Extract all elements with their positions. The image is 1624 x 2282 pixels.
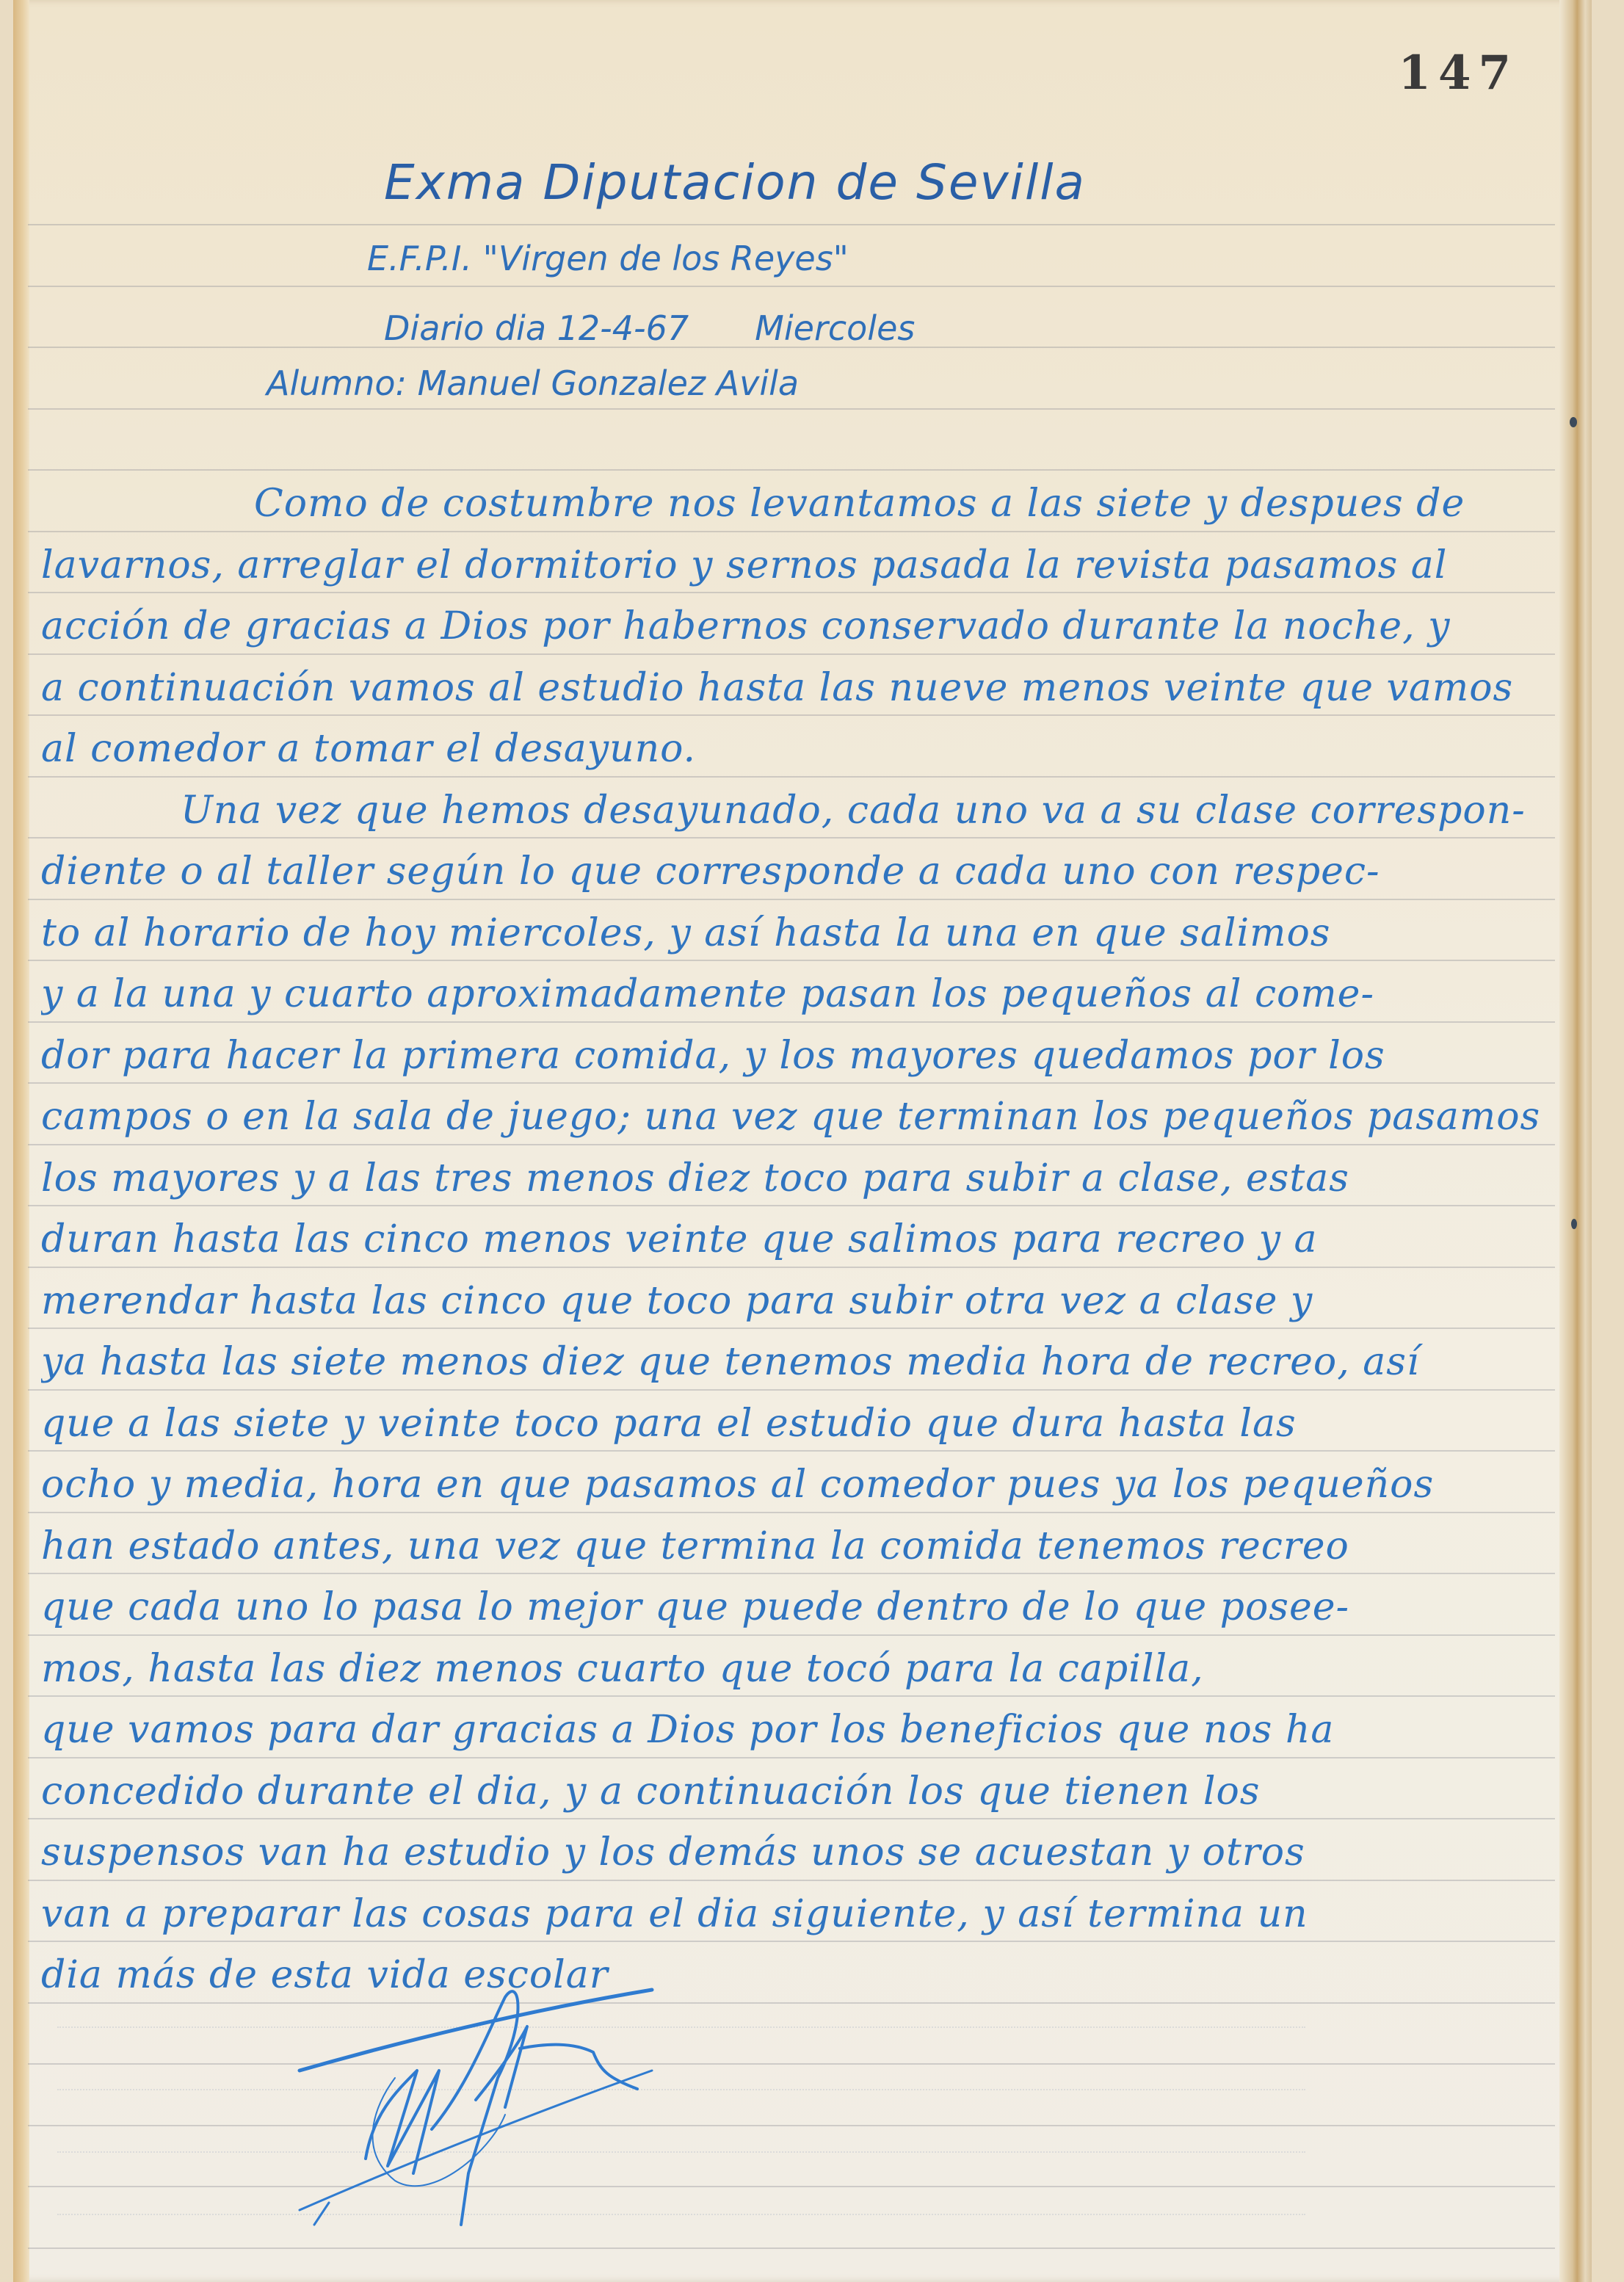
page-binding-edge xyxy=(13,0,29,2282)
diary-line: que cada uno lo pasa lo mejor que puede … xyxy=(41,1577,1598,1639)
page-number: 147 xyxy=(1398,46,1518,101)
entry-date: Diario dia 12-4-67 xyxy=(384,308,689,348)
diary-line: que vamos para dar gracias a Dios por lo… xyxy=(41,1700,1598,1761)
entry-date-line: Diario dia 12-4-67Miercoles xyxy=(384,308,915,348)
diary-line: to al horario de hoy miercoles, y así ha… xyxy=(41,903,1598,965)
diary-line: acción de gracias a Dios por habernos co… xyxy=(41,596,1598,658)
diary-entry-body: Como de costumbre nos levantamos a las s… xyxy=(41,474,1598,2007)
diary-page: 147 Exma Diputacion de Sevilla E.F.P.I. … xyxy=(13,0,1592,2282)
diary-line: Una vez que hemos desayunado, cada uno v… xyxy=(41,780,1598,842)
diary-line: han estado antes, una vez que termina la… xyxy=(41,1516,1598,1578)
diary-line: que a las siete y veinte toco para el es… xyxy=(41,1394,1598,1455)
diary-line: al comedor a tomar el desayuno. xyxy=(41,719,1598,780)
diary-line: campos o en la sala de juego; una vez qu… xyxy=(41,1087,1598,1148)
entry-weekday: Miercoles xyxy=(755,308,915,348)
student-name: Alumno: Manuel Gonzalez Avila xyxy=(267,363,799,403)
diary-line: lavarnos, arreglar el dormitorio y serno… xyxy=(41,535,1598,597)
diary-line: duran hasta las cinco menos veinte que s… xyxy=(41,1209,1598,1271)
ruled-line xyxy=(28,286,1555,287)
diary-line: y a la una y cuarto aproximadamente pasa… xyxy=(41,964,1598,1026)
diary-line: ocho y media, hora en que pasamos al com… xyxy=(41,1455,1598,1516)
diary-line: van a preparar las cosas para el dia sig… xyxy=(41,1884,1598,1946)
margin-mark xyxy=(1571,1219,1577,1229)
diary-line: a continuación vamos al estudio hasta la… xyxy=(41,658,1598,720)
diary-line: dia más de esta vida escolar xyxy=(41,1945,1598,2007)
ruled-line xyxy=(28,469,1555,471)
school-name: E.F.P.I. "Virgen de los Reyes" xyxy=(367,239,849,278)
diary-line: ya hasta las siete menos diez que tenemo… xyxy=(41,1332,1598,1394)
diary-line: merendar hasta las cinco que toco para s… xyxy=(41,1271,1598,1333)
margin-mark xyxy=(1570,417,1577,427)
diary-line: mos, hasta las diez menos cuarto que toc… xyxy=(41,1639,1598,1700)
diary-line: dor para hacer la primera comida, y los … xyxy=(41,1026,1598,1087)
diary-line: concedido durante el dia, y a continuaci… xyxy=(41,1761,1598,1823)
ruled-line xyxy=(28,408,1555,410)
diary-line: diente o al taller según lo que correspo… xyxy=(41,841,1598,903)
diary-line: suspensos van ha estudio y los demás uno… xyxy=(41,1822,1598,1884)
signature-icon xyxy=(285,1982,696,2232)
diary-line: los mayores y a las tres menos diez toco… xyxy=(41,1148,1598,1210)
diary-line: Como de costumbre nos levantamos a las s… xyxy=(41,474,1598,535)
institution-heading: Exma Diputacion de Sevilla xyxy=(384,154,1086,211)
ruled-line xyxy=(28,2247,1555,2249)
ruled-line xyxy=(28,224,1555,225)
